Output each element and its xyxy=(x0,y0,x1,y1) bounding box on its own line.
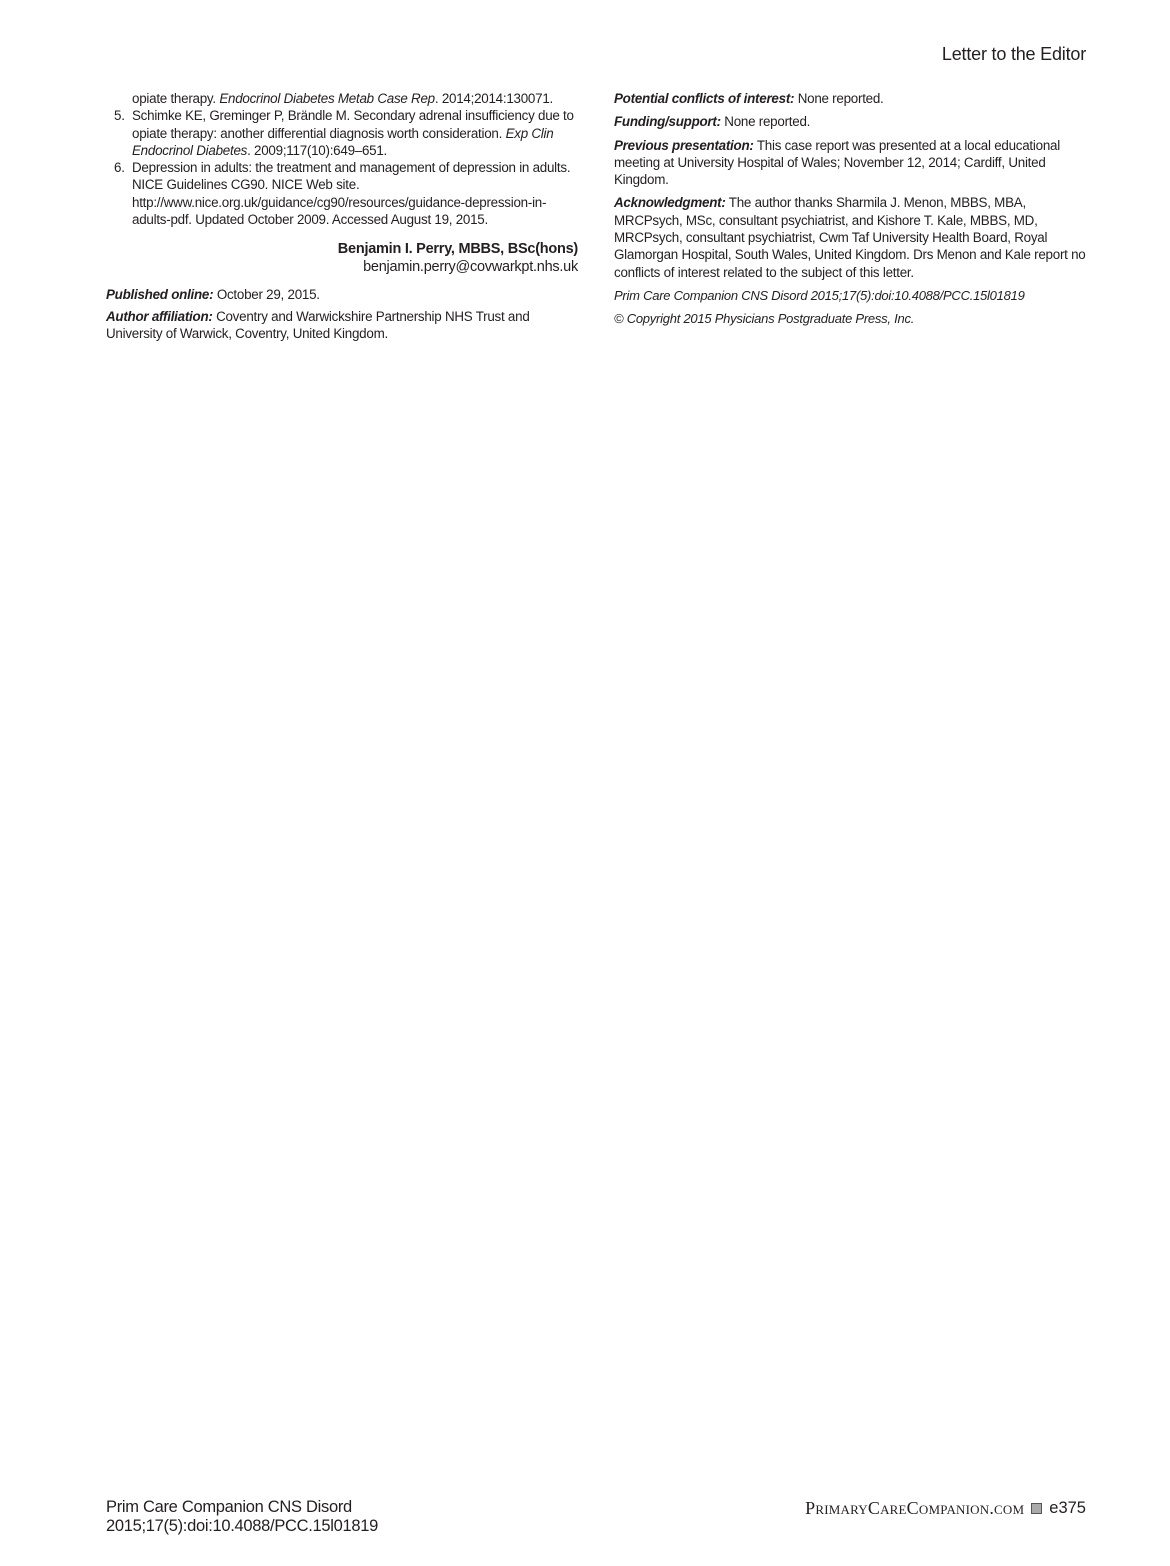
reference-text: . 2009;117(10):649–651. xyxy=(247,143,387,158)
citation: Prim Care Companion CNS Disord 2015;17(5… xyxy=(614,287,1086,304)
footer-journal: Prim Care Companion CNS Disord 2015;17(5… xyxy=(106,1498,378,1536)
article-meta: Published online: October 29, 2015. Auth… xyxy=(106,286,578,342)
reference-list: opiate therapy. Endocrinol Diabetes Meta… xyxy=(106,90,578,228)
previous-presentation: Previous presentation: This case report … xyxy=(614,137,1086,189)
author-email[interactable]: benjamin.perry@covwarkpt.nhs.uk xyxy=(106,258,578,276)
reference-text: opiate therapy. xyxy=(132,91,219,106)
reference-item: opiate therapy. Endocrinol Diabetes Meta… xyxy=(106,90,578,107)
published-online: Published online: October 29, 2015. xyxy=(106,286,578,303)
reference-number: 5. xyxy=(114,107,125,124)
running-head: Letter to the Editor xyxy=(942,44,1086,65)
conflicts-of-interest: Potential conflicts of interest: None re… xyxy=(614,90,1086,107)
reference-item: 5.Schimke KE, Greminger P, Brändle M. Se… xyxy=(106,107,578,159)
acknowledgment: Acknowledgment: The author thanks Sharmi… xyxy=(614,194,1086,280)
funding-support: Funding/support: None reported. xyxy=(614,113,1086,130)
footer-site: PrimaryCareCompanion.com e375 xyxy=(805,1498,1086,1519)
footer-site-link[interactable]: PrimaryCareCompanion.com xyxy=(805,1498,1024,1519)
reference-number: 6. xyxy=(114,159,125,176)
journal-title: Endocrinol Diabetes Metab Case Rep xyxy=(219,91,435,106)
author-affiliation: Author affiliation: Coventry and Warwick… xyxy=(106,308,578,343)
copyright: © Copyright 2015 Physicians Postgraduate… xyxy=(614,310,1086,327)
footer-doi: 2015;17(5):doi:10.4088/PCC.15l01819 xyxy=(106,1517,378,1536)
author-signature: Benjamin I. Perry, MBBS, BSc(hons) benja… xyxy=(106,240,578,276)
reference-text: . 2014;2014:130071. xyxy=(435,91,553,106)
page-number: e375 xyxy=(1049,1499,1086,1518)
reference-item: 6.Depression in adults: the treatment an… xyxy=(106,159,578,228)
square-separator-icon xyxy=(1031,1503,1042,1514)
footer-journal-name: Prim Care Companion CNS Disord xyxy=(106,1498,378,1517)
left-column: opiate therapy. Endocrinol Diabetes Meta… xyxy=(106,90,578,346)
author-name: Benjamin I. Perry, MBBS, BSc(hons) xyxy=(106,240,578,258)
reference-text: Depression in adults: the treatment and … xyxy=(132,160,570,227)
right-column: Potential conflicts of interest: None re… xyxy=(614,90,1086,334)
